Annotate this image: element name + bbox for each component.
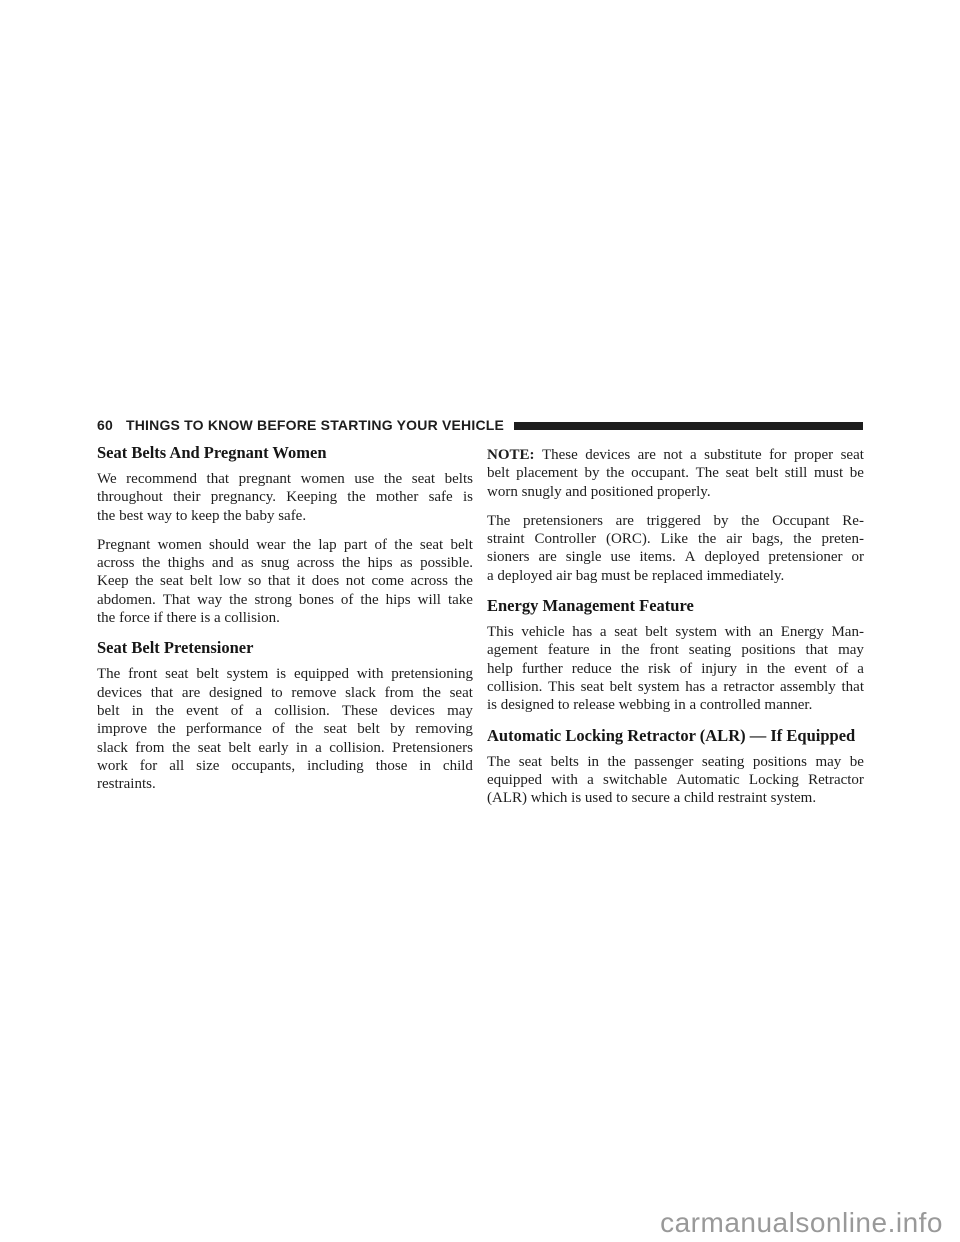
text-line: improvetheperformanceoftheseatbeltbyremo… <box>97 720 473 738</box>
text-line: helpfurtherreducetheriskofinjuryintheeve… <box>487 660 864 678</box>
paragraph: Werecommendthatpregnantwomenusetheseatbe… <box>97 470 473 525</box>
right-column: NOTE:Thesedevicesarenotasubstituteforpro… <box>487 446 864 818</box>
page-number: 60 <box>97 417 113 433</box>
paragraph: ThisvehiclehasaseatbeltsystemwithanEnerg… <box>487 623 864 714</box>
text-line: ThepretensionersaretriggeredbytheOccupan… <box>487 512 864 530</box>
text-line: worn snugly and positioned properly. <box>487 483 864 501</box>
text-line: throughouttheirpregnancy.Keepingthemothe… <box>97 488 473 506</box>
text-line: the best way to keep the baby safe. <box>97 507 473 525</box>
paragraph: ThepretensionersaretriggeredbytheOccupan… <box>487 512 864 585</box>
section-heading: Automatic Locking Retractor (ALR) — If E… <box>487 726 864 746</box>
paragraph: Pregnantwomenshouldwearthelappartofthese… <box>97 536 473 627</box>
text-line: (ALR) which is used to secure a child re… <box>487 789 864 807</box>
manual-page: 60 THINGS TO KNOW BEFORE STARTING YOUR V… <box>0 0 960 1242</box>
text-line: workforallsizeoccupants,includingthosein… <box>97 757 473 775</box>
section-heading: Seat Belts And Pregnant Women <box>97 443 473 463</box>
text-line: Theseatbeltsinthepassengerseatingpositio… <box>487 753 864 771</box>
text-line: a deployed air bag must be replaced imme… <box>487 567 864 585</box>
text-line: abdomen.Thatwaythestrongbonesofthehipswi… <box>97 591 473 609</box>
text-line: beltplacementbytheoccupant.Theseatbeltst… <box>487 464 864 482</box>
text-line: agementfeatureinthefrontseatingpositions… <box>487 641 864 659</box>
left-column: Seat Belts And Pregnant WomenWerecommend… <box>97 443 473 804</box>
text-line: slackfromtheseatbeltearlyinacollision.Pr… <box>97 739 473 757</box>
text-line: collision.Thisseatbeltsystemhasaretracto… <box>487 678 864 696</box>
paragraph: NOTE:Thesedevicesarenotasubstituteforpro… <box>487 446 864 501</box>
text-line: sionersaresingleuseitems.Adeployedpreten… <box>487 548 864 566</box>
text-line: NOTE:Thesedevicesarenotasubstituteforpro… <box>487 446 864 464</box>
text-line: ThisvehiclehasaseatbeltsystemwithanEnerg… <box>487 623 864 641</box>
text-line: Werecommendthatpregnantwomenusetheseatbe… <box>97 470 473 488</box>
paragraph: Theseatbeltsinthepassengerseatingpositio… <box>487 753 864 808</box>
paragraph: Thefrontseatbeltsystemisequippedwithpret… <box>97 665 473 793</box>
running-header: 60 THINGS TO KNOW BEFORE STARTING YOUR V… <box>97 417 863 433</box>
text-line: Keeptheseatbeltlowsothatitdoesnotcomeacr… <box>97 572 473 590</box>
text-line: acrossthethighsandassnugacrossthehipsasp… <box>97 554 473 572</box>
watermark: carmanualsonline.info <box>660 1209 943 1237</box>
text-line: Pregnantwomenshouldwearthelappartofthese… <box>97 536 473 554</box>
text-line: is designed to release webbing in a cont… <box>487 696 864 714</box>
section-heading: Energy Management Feature <box>487 596 864 616</box>
text-line: the force if there is a collision. <box>97 609 473 627</box>
text-line: devicesthataredesignedtoremoveslackfromt… <box>97 684 473 702</box>
text-line: beltintheeventofacollision.Thesedevicesm… <box>97 702 473 720</box>
text-line: equippedwithaswitchableAutomaticLockingR… <box>487 771 864 789</box>
text-line: Thefrontseatbeltsystemisequippedwithpret… <box>97 665 473 683</box>
text-line: straintController(ORC).Liketheairbags,th… <box>487 530 864 548</box>
section-heading: Seat Belt Pretensioner <box>97 638 473 658</box>
text-line: restraints. <box>97 775 473 793</box>
header-bar <box>514 422 863 430</box>
chapter-title: THINGS TO KNOW BEFORE STARTING YOUR VEHI… <box>126 417 504 433</box>
